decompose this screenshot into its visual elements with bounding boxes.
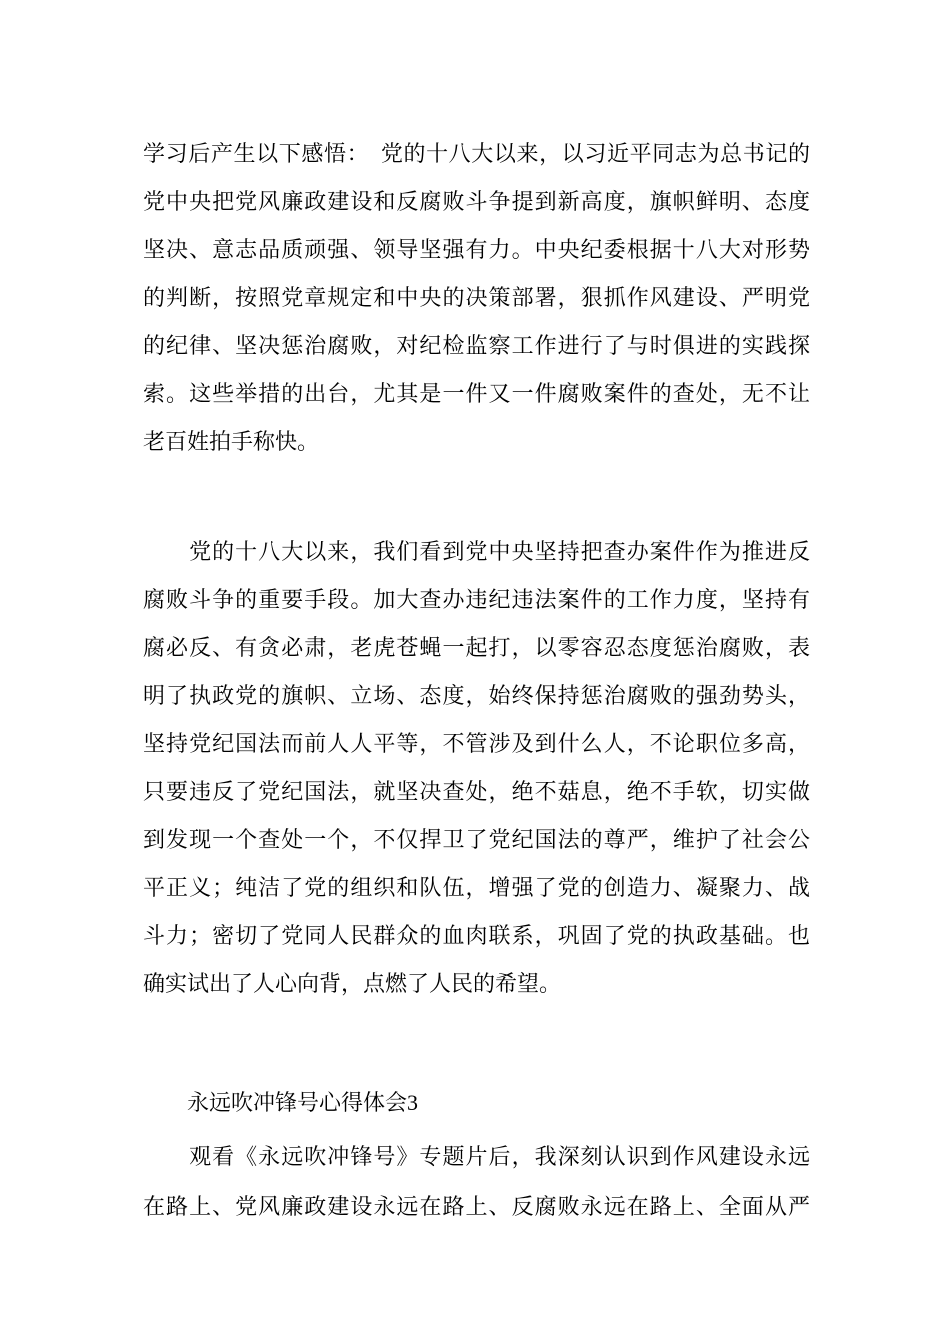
text-line: 观看《永远吹冲锋号》专题片后，我深刻认识到作风建设永远 xyxy=(143,1132,810,1182)
text-line: 的纪律、坚决惩治腐败，对纪检监察工作进行了与时俱进的实践探 xyxy=(143,322,810,370)
text-line: 斗力；密切了党同人民群众的血肉联系，巩固了党的执政基础。也 xyxy=(143,912,810,960)
text-line: 索。这些举措的出台，尤其是一件又一件腐败案件的查处，无不让 xyxy=(143,370,810,418)
document-text-block: 学习后产生以下感悟： 党的十八大以来，以习近平同志为总书记的党中央把党风廉政建设… xyxy=(143,130,810,1232)
text-line: 在路上、党风廉政建设永远在路上、反腐败永远在路上、全面从严 xyxy=(143,1182,810,1232)
text-line: 的判断，按照党章规定和中央的决策部署，狠抓作风建设、严明党 xyxy=(143,274,810,322)
text-line: 到发现一个查处一个，不仅捍卫了党纪国法的尊严，维护了社会公 xyxy=(143,816,810,864)
text-line: 学习后产生以下感悟： 党的十八大以来，以习近平同志为总书记的 xyxy=(143,130,810,178)
document-page: 学习后产生以下感悟： 党的十八大以来，以习近平同志为总书记的党中央把党风廉政建设… xyxy=(0,0,950,1344)
section-heading: 永远吹冲锋号心得体会3 xyxy=(143,1079,810,1127)
text-line: 明了执政党的旗帜、立场、态度，始终保持惩治腐败的强劲势头， xyxy=(143,672,810,720)
text-line: 腐必反、有贪必肃，老虎苍蝇一起打，以零容忍态度惩治腐败，表 xyxy=(143,624,810,672)
text-line: 坚决、意志品质顽强、领导坚强有力。中央纪委根据十八大对形势 xyxy=(143,226,810,274)
text-line: 只要违反了党纪国法，就坚决查处，绝不菇息，绝不手软，切实做 xyxy=(143,768,810,816)
text-line: 党中央把党风廉政建设和反腐败斗争提到新高度，旗帜鲜明、态度 xyxy=(143,178,810,226)
text-line: 坚持党纪国法而前人人平等，不管涉及到什么人，不论职位多高， xyxy=(143,720,810,768)
paragraph-continuation: 学习后产生以下感悟： 党的十八大以来，以习近平同志为总书记的党中央把党风廉政建设… xyxy=(143,130,810,466)
text-line: 平正义；纯洁了党的组织和队伍，增强了党的创造力、凝聚力、战 xyxy=(143,864,810,912)
paragraph-body: 党的十八大以来，我们看到党中央坚持把查办案件作为推进反腐败斗争的重要手段。加大查… xyxy=(143,528,810,1008)
text-line: 老百姓拍手称快。 xyxy=(143,418,810,466)
text-line: 永远吹冲锋号心得体会3 xyxy=(143,1079,810,1127)
text-line: 党的十八大以来，我们看到党中央坚持把查办案件作为推进反 xyxy=(143,528,810,576)
text-line: 确实试出了人心向背，点燃了人民的希望。 xyxy=(143,960,810,1008)
paragraph-body: 观看《永远吹冲锋号》专题片后，我深刻认识到作风建设永远在路上、党风廉政建设永远在… xyxy=(143,1132,810,1232)
text-line: 腐败斗争的重要手段。加大查办违纪违法案件的工作力度，坚持有 xyxy=(143,576,810,624)
